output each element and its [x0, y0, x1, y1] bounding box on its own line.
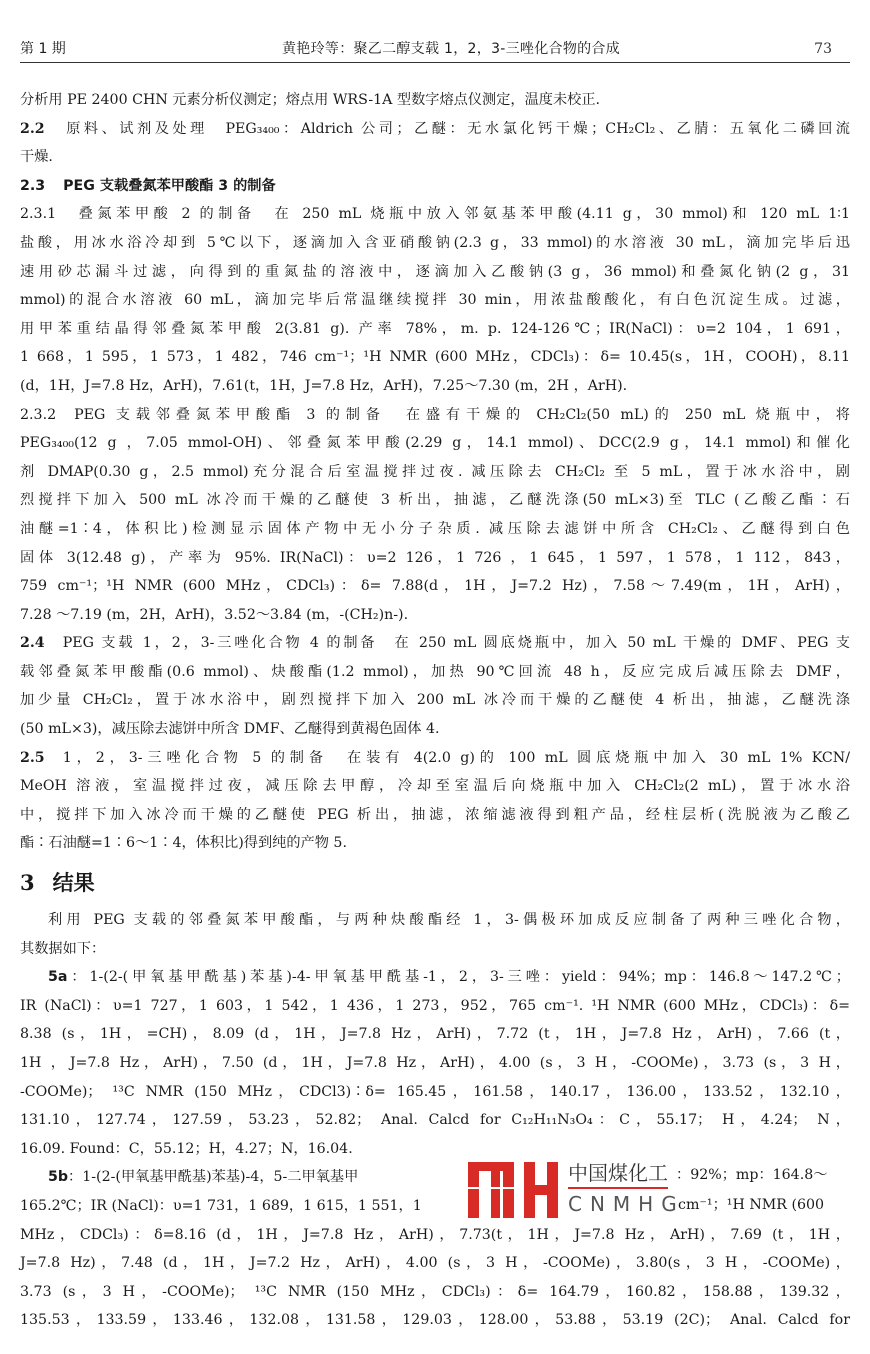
paragraph-line: PEG₃₄₀₀(12 g ，7.05 mmol-OH)、邻叠氮苯甲酸(2.29 … [20, 429, 850, 458]
section-2-3-2: 2.3.2PEG 支载邻叠氮苯甲酸酯 3 的制备 在盛有干燥的 CH₂Cl₂(5… [20, 401, 850, 430]
overlay-tail-line-1: ：92%；mp：164.8～ [676, 1164, 827, 1184]
paragraph-line: (d，1H，J=7.8 Hz，ArH)，7.61(t，1H，J=7.8 Hz，A… [20, 372, 850, 401]
results-section-number: 3 [20, 870, 35, 895]
watermark-logo: 中国煤化工 CNMHG ：92%；mp：164.8～ cm⁻¹；¹H NMR (… [468, 1160, 858, 1220]
page-number: 73 [814, 38, 832, 60]
paragraph-line: 131.10，127.74，127.59，53.23，52.82； Anal. … [20, 1106, 850, 1135]
running-title: 黄艳玲等：聚乙二醇支载 1，2，3-三唑化合物的合成 [282, 38, 620, 60]
paragraph-line: MeOH 溶液，室温搅拌过夜，减压除去甲醇，冷却至室温后向烧瓶中加入 CH₂Cl… [20, 772, 850, 801]
compound-5a-text: 1-(2-(甲氧基甲酰基)苯基)-4-甲氧基甲酰基-1，2，3-三唑：yield… [89, 969, 850, 985]
paragraph-line: 干燥. [20, 143, 850, 172]
paragraph-line: 1H ，J=7.8 Hz，ArH)，7.50 (d，1H，J=7.8 Hz，Ar… [20, 1049, 850, 1078]
paragraph-line: 酯∶石油醚=1∶6～1∶4，体积比)得到纯的产物 5. [20, 829, 850, 858]
label-separator: ： [68, 1169, 82, 1185]
paragraph-line: IR (NaCl)：υ=1 727，1 603，1 542，1 436，1 27… [20, 992, 850, 1021]
section-number: 2.2 [20, 121, 45, 137]
section-2-5: 2.51，2，3-三唑化合物 5 的制备 在装有 4(2.0 g)的 100 m… [20, 744, 850, 773]
overlay-tail-line-2: cm⁻¹；¹H NMR (600 [678, 1194, 824, 1214]
results-section-title: 结果 [53, 871, 95, 895]
paragraph-line: 剂 DMAP(0.30 g，2.5 mmol)充分混合后室温搅拌过夜. 减压除去… [20, 458, 850, 487]
watermark-cn-text: 中国煤化工 [568, 1160, 668, 1189]
paragraph-line: -COOMe)； ¹³C NMR (150 MHz，CDCl3)∶δ= 165.… [20, 1078, 850, 1107]
paragraph-line: 中，搅拌下加入冰冷而干燥的乙醚使 PEG 析出，抽滤，浓缩滤液得到粗产品，经柱层… [20, 801, 850, 830]
compound-label: 5b [48, 1169, 68, 1185]
paragraph-line: MHz，CDCl₃)：δ=8.16 (d，1H，J=7.8 Hz，ArH)，7.… [20, 1221, 850, 1250]
label-separator: ： [67, 969, 89, 985]
section-2-5-text: 1，2，3-三唑化合物 5 的制备 在装有 4(2.0 g)的 100 mL 圆… [63, 750, 850, 766]
compound-label: 5a [48, 969, 67, 985]
section-number: 2.3.1 [20, 206, 56, 222]
section-2-3-heading: 2.3PEG 支载叠氮苯甲酸酯 3 的制备 [20, 172, 850, 201]
paragraph-line: 135.53，133.59，133.46，132.08，131.58，129.0… [20, 1306, 850, 1335]
paragraph-line: 用甲苯重结晶得邻叠氮苯甲酸 2(3.81 g). 产率 78%，m. p. 12… [20, 315, 850, 344]
issue-label: 第 1 期 [20, 38, 66, 60]
watermark-en-text: CNMHG [568, 1192, 685, 1216]
paragraph-line: 固体 3(12.48 g)，产率为 95%. IR(NaCl)：υ=2 126，… [20, 544, 850, 573]
section-title: PEG 支载叠氮苯甲酸酯 3 的制备 [63, 178, 276, 194]
section-2-3-2-text: PEG 支载邻叠氮苯甲酸酯 3 的制备 在盛有干燥的 CH₂Cl₂(50 mL)… [74, 407, 850, 423]
paragraph-line: 分析用 PE 2400 CHN 元素分析仪测定；熔点用 WRS-1A 型数字熔点… [20, 86, 850, 115]
paragraph-line: 盐酸，用冰水浴冷却到 5℃以下，逐滴加入含亚硝酸钠(2.3 g，33 mmol)… [20, 229, 850, 258]
paragraph-line: 8.38 (s，1H，=CH)，8.09 (d，1H，J=7.8 Hz，ArH)… [20, 1020, 850, 1049]
paragraph-line: 加少量 CH₂Cl₂，置于冰水浴中，剧烈搅拌下加入 200 mL 冰冷而干燥的乙… [20, 686, 850, 715]
section-number: 2.5 [20, 750, 45, 766]
section-2-2-text: 原料、试剂及处理 PEG₃₄₀₀：Aldrich 公司；乙醚：无水氯化钙干燥；C… [63, 121, 850, 137]
compound-5b-text: 1-(2-(甲氧基甲酰基)苯基)-4，5-二甲氧基甲 [82, 1169, 358, 1185]
paragraph-line: 油醚=1∶4，体积比)检测显示固体产物中无小分子杂质. 减压除去滤饼中所含 CH… [20, 515, 850, 544]
paragraph-line: (50 mL×3)，减压除去滤饼中所含 DMF、乙醚得到黄褐色固体 4. [20, 715, 850, 744]
paragraph-line: 利用 PEG 支载的邻叠氮苯甲酸酯，与两种炔酸酯经 1，3-偶极环加成反应制备了… [20, 906, 850, 935]
section-number: 2.3 [20, 178, 45, 194]
paragraph-line: 1 668，1 595，1 573，1 482，746 cm⁻¹；¹H NMR … [20, 343, 850, 372]
section-2-3-1-text: 叠氮苯甲酸 2 的制备 在 250 mL 烧瓶中放入邻氨基苯甲酸(4.11 g，… [74, 206, 850, 222]
paragraph-line: 速用砂芯漏斗过滤，向得到的重氮盐的溶液中，逐滴加入乙酸钠(3 g，36 mmol… [20, 258, 850, 287]
paragraph-line: 烈搅拌下加入 500 mL 冰冷而干燥的乙醚使 3 析出，抽滤，乙醚洗涤(50 … [20, 486, 850, 515]
paragraph-line: 其数据如下： [20, 935, 850, 964]
section-2-2: 2.2原料、试剂及处理 PEG₃₄₀₀：Aldrich 公司；乙醚：无水氯化钙干… [20, 115, 850, 144]
section-number: 2.4 [20, 635, 45, 651]
paragraph-line: 759 cm⁻¹；¹H NMR (600 MHz，CDCl₃)：δ= 7.88(… [20, 572, 850, 601]
section-2-3-1: 2.3.1叠氮苯甲酸 2 的制备 在 250 mL 烧瓶中放入邻氨基苯甲酸(4.… [20, 200, 850, 229]
paragraph-line: 3.73 (s，3 H，-COOMe)； ¹³C NMR (150 MHz，CD… [20, 1278, 850, 1307]
running-header: 第 1 期 黄艳玲等：聚乙二醇支载 1，2，3-三唑化合物的合成 73 [20, 38, 850, 63]
article-body: 分析用 PE 2400 CHN 元素分析仪测定；熔点用 WRS-1A 型数字熔点… [20, 86, 850, 1335]
paragraph-line: 载邻叠氮苯甲酸酯(0.6 mmol)、炔酸酯(1.2 mmol)，加热 90℃回… [20, 658, 850, 687]
paragraph-line: J=7.8 Hz)，7.48 (d，1H，J=7.2 Hz，ArH)，4.00 … [20, 1249, 850, 1278]
section-2-4: 2.4PEG 支载 1，2，3-三唑化合物 4 的制备 在 250 mL 圆底烧… [20, 629, 850, 658]
paragraph-line: 7.28 ～7.19 (m，2H，ArH)，3.52～3.84 (m，-(CH₂… [20, 601, 850, 630]
mh-logo-icon [468, 1162, 558, 1218]
results-heading: 3结果 [20, 862, 850, 904]
section-2-4-text: PEG 支载 1，2，3-三唑化合物 4 的制备 在 250 mL 圆底烧瓶中，… [63, 635, 850, 651]
section-number: 2.3.2 [20, 407, 56, 423]
paragraph-line: mmol)的混合水溶液 60 mL，滴加完毕后常温继续搅拌 30 min，用浓盐… [20, 286, 850, 315]
compound-5a: 5a：1-(2-(甲氧基甲酰基)苯基)-4-甲氧基甲酰基-1，2，3-三唑：yi… [20, 963, 850, 992]
